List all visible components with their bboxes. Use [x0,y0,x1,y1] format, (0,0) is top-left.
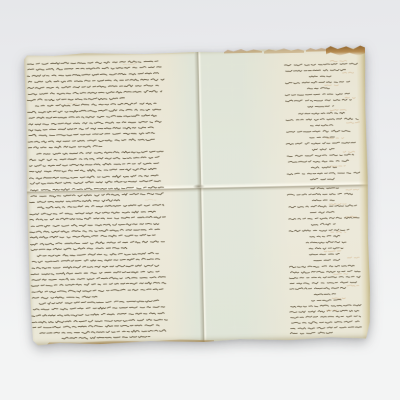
torn-edge-fragment [306,47,328,51]
torn-edge-fragment [224,49,262,54]
manuscript-wrap [24,47,371,345]
photo-backdrop [0,0,400,400]
torn-edge-fragment [264,48,304,54]
handwriting-layer [24,47,371,345]
manuscript-sheet [24,47,371,345]
